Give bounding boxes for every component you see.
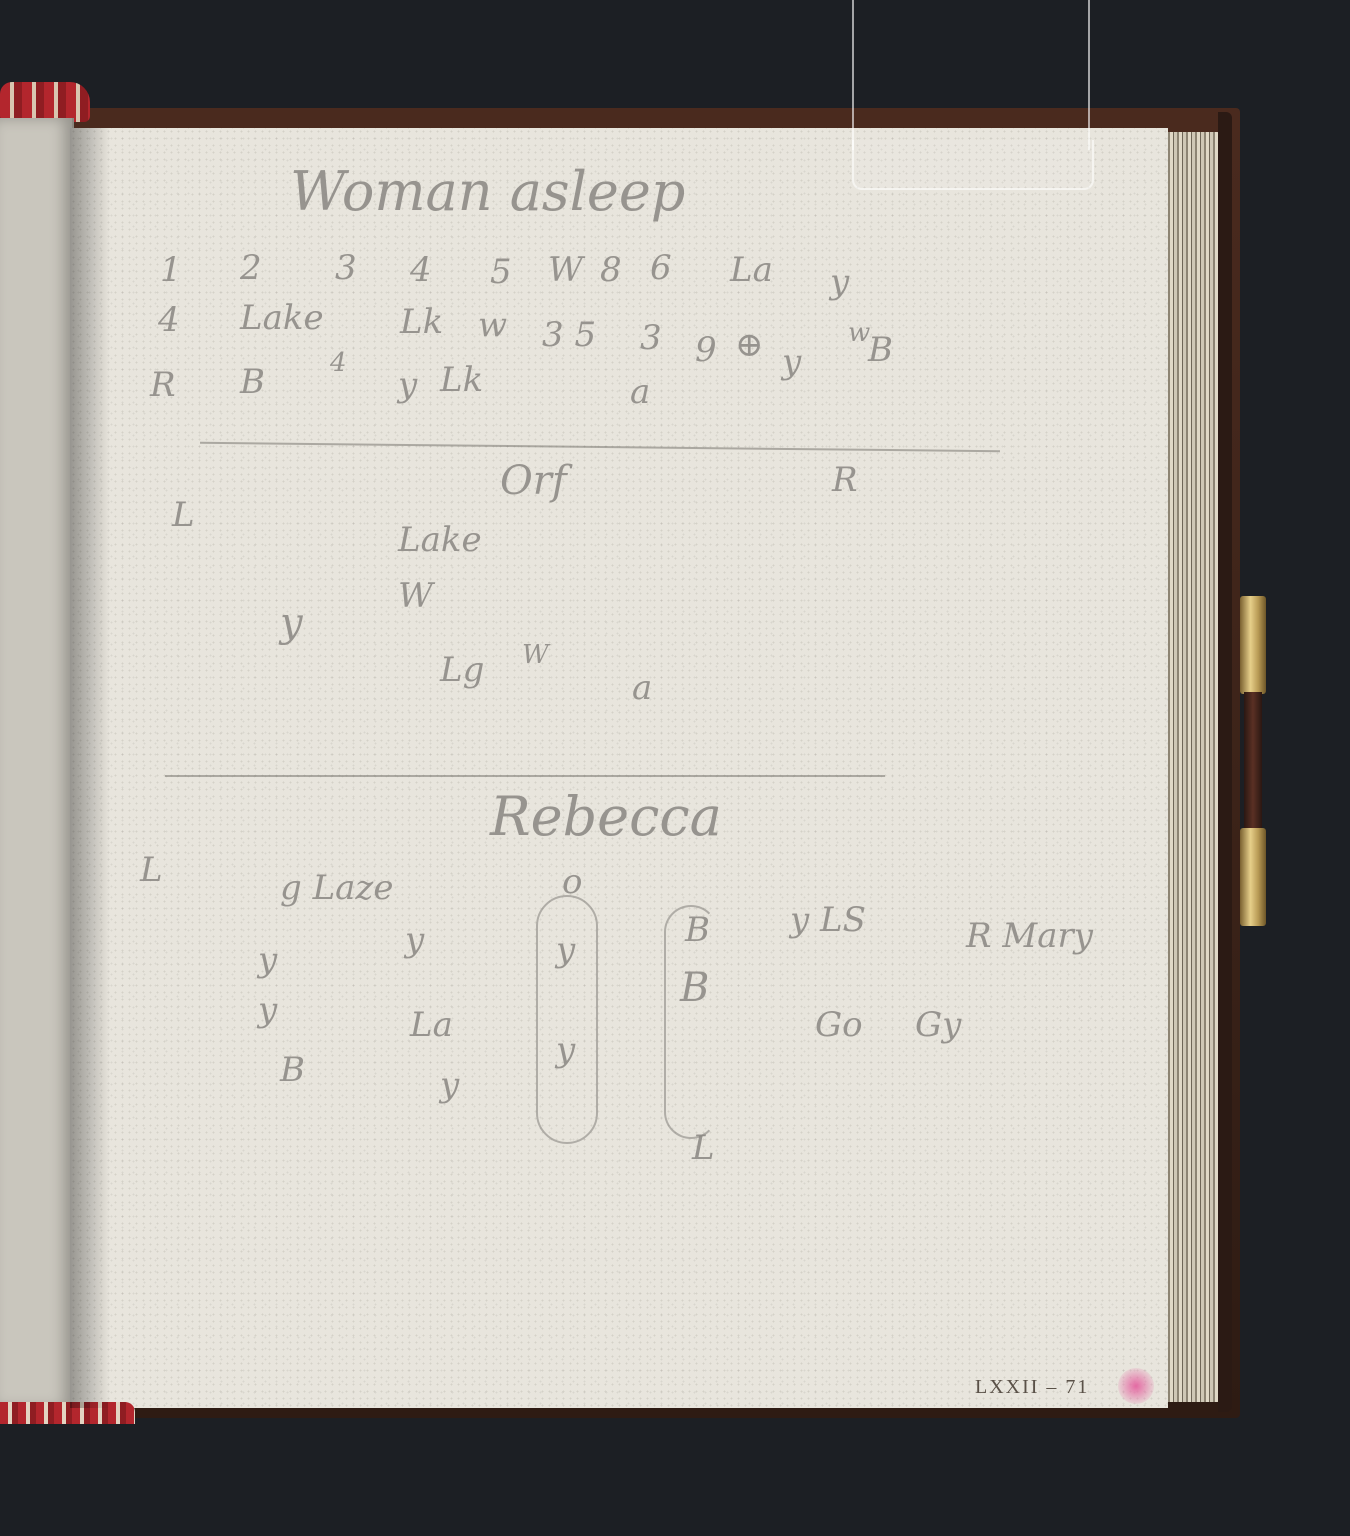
note: y bbox=[398, 365, 417, 405]
note: y bbox=[440, 1065, 459, 1105]
gutter-shadow bbox=[70, 128, 110, 1408]
note: La bbox=[410, 1005, 453, 1045]
note: 8 bbox=[600, 250, 622, 290]
note: R bbox=[150, 365, 176, 405]
note: Lk bbox=[400, 302, 443, 342]
note: B bbox=[240, 362, 265, 402]
page-edges bbox=[1165, 132, 1223, 1402]
note-r-mary: R Mary bbox=[966, 916, 1093, 956]
heading-woman-asleep: Woman asleep bbox=[290, 160, 685, 223]
note: y bbox=[556, 930, 575, 970]
note: 4 bbox=[330, 348, 347, 378]
note: ⊕ bbox=[735, 325, 764, 365]
catalogue-number: LXXII – 71 bbox=[975, 1376, 1089, 1399]
note-orf: Orf bbox=[500, 458, 567, 504]
cover-edge bbox=[1218, 112, 1232, 1412]
note: y bbox=[782, 342, 801, 382]
note: L bbox=[172, 495, 195, 535]
note: 1 bbox=[160, 250, 182, 290]
note: 2 bbox=[240, 248, 262, 288]
note: L bbox=[140, 850, 163, 890]
note: 4 bbox=[158, 300, 180, 340]
note: 6 bbox=[650, 248, 672, 288]
note: Gy bbox=[915, 1005, 961, 1045]
note: y LS bbox=[790, 900, 866, 940]
note: Lake bbox=[240, 298, 324, 338]
note: L bbox=[692, 1128, 715, 1168]
note: B bbox=[868, 330, 893, 370]
note: y bbox=[280, 600, 303, 646]
note: W bbox=[548, 250, 583, 290]
note: a bbox=[630, 372, 650, 412]
note: y bbox=[830, 262, 849, 302]
note: B bbox=[280, 1050, 305, 1090]
note: R bbox=[832, 460, 858, 500]
brass-clasp-bottom bbox=[1240, 828, 1266, 926]
note: 9 bbox=[695, 330, 717, 370]
note: g Laze bbox=[280, 868, 393, 908]
note: Lg bbox=[440, 650, 484, 690]
note: 3 bbox=[640, 318, 662, 358]
note: 5 bbox=[490, 252, 512, 292]
brass-clasp-top bbox=[1240, 596, 1266, 694]
heading-rebecca: Rebecca bbox=[490, 785, 722, 848]
clasp-strap bbox=[1244, 692, 1262, 830]
note: a bbox=[632, 668, 652, 708]
red-headband-top bbox=[0, 82, 90, 122]
note: Go bbox=[815, 1005, 863, 1045]
red-headband-bottom bbox=[0, 1402, 135, 1424]
note: w bbox=[848, 318, 870, 348]
note: 4 bbox=[410, 250, 432, 290]
note: y bbox=[258, 940, 277, 980]
left-page bbox=[0, 118, 74, 1408]
note: Lake bbox=[398, 520, 482, 560]
note: y bbox=[258, 990, 277, 1030]
note: W bbox=[398, 576, 433, 616]
note: Lk bbox=[440, 360, 483, 400]
pink-collection-stamp bbox=[1118, 1368, 1154, 1404]
note: B bbox=[680, 965, 709, 1011]
note: y bbox=[405, 920, 424, 960]
note: W bbox=[522, 640, 549, 670]
note: o bbox=[562, 862, 582, 902]
note: w bbox=[478, 305, 507, 345]
note: 3 5 bbox=[542, 315, 596, 355]
note: 3 bbox=[335, 248, 357, 288]
right-page bbox=[70, 128, 1168, 1408]
note: La bbox=[730, 250, 773, 290]
note: B bbox=[685, 910, 710, 950]
divider-line-2 bbox=[165, 775, 885, 777]
note: y bbox=[556, 1030, 575, 1070]
glass-page-holder bbox=[852, 0, 1092, 190]
